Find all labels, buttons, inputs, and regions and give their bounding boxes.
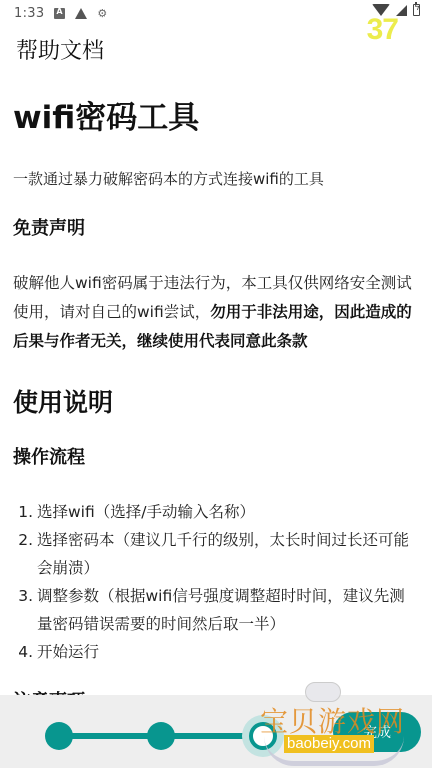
step-text: 选择wifi（选择/手动输入名称） <box>37 498 420 526</box>
overlay-number: 37 <box>367 13 398 47</box>
disclaimer-heading: 免责声明 <box>13 215 420 243</box>
step-dot-current <box>242 715 284 757</box>
page-title: 帮助文档 <box>16 34 104 65</box>
notification-a-icon <box>54 8 65 19</box>
step-text: 选择密码本（建议几千行的级别，太长时间过长还可能会崩溃） <box>37 526 420 582</box>
step-item: 4. 开始运行 <box>13 638 420 666</box>
step-dot-completed <box>45 722 73 750</box>
battery-charging-icon <box>413 4 420 16</box>
step-number: 3. <box>13 582 37 638</box>
warning-icon <box>75 8 87 19</box>
help-screen: 1:33 ⚙ 37 帮助文档 wifi密码工具 一款通过暴力破解密码本的方式连接… <box>0 0 432 768</box>
doc-content[interactable]: wifi密码工具 一款通过暴力破解密码本的方式连接wifi的工具 免责声明 破解… <box>13 94 420 716</box>
bottom-bar: 完成 <box>0 695 432 768</box>
doc-intro: 一款通过暴力破解密码本的方式连接wifi的工具 <box>13 167 420 191</box>
status-time: 1:33 <box>14 6 44 21</box>
step-item: 2. 选择密码本（建议几千行的级别，太长时间过长还可能会崩溃） <box>13 526 420 582</box>
step-number: 4. <box>13 638 37 666</box>
step-item: 3. 调整参数（根据wifi信号强度调整超时时间，建议先测量密码错误需要的时间然… <box>13 582 420 638</box>
usage-heading: 使用说明 <box>13 384 420 422</box>
step-dot-completed <box>147 722 175 750</box>
finish-button[interactable]: 完成 <box>333 712 421 752</box>
step-item: 1. 选择wifi（选择/手动输入名称） <box>13 498 420 526</box>
step-number: 1. <box>13 498 37 526</box>
progress-stepper <box>45 721 285 751</box>
step-number: 2. <box>13 526 37 582</box>
step-dot-current-inner <box>249 722 277 750</box>
step-text: 调整参数（根据wifi信号强度调整超时时间，建议先测量密码错误需要的时间然后取一… <box>37 582 420 638</box>
settings-icon: ⚙ <box>97 8 107 19</box>
process-heading: 操作流程 <box>13 444 420 472</box>
doc-title: wifi密码工具 <box>13 94 420 142</box>
step-text: 开始运行 <box>37 638 420 666</box>
status-left: 1:33 ⚙ <box>14 6 107 21</box>
steps-list: 1. 选择wifi（选择/手动输入名称） 2. 选择密码本（建议几千行的级别，太… <box>13 498 420 666</box>
disclaimer-text: 破解他人wifi密码属于违法行为，本工具仅供网络安全测试使用，请对自己的wifi… <box>13 269 420 356</box>
